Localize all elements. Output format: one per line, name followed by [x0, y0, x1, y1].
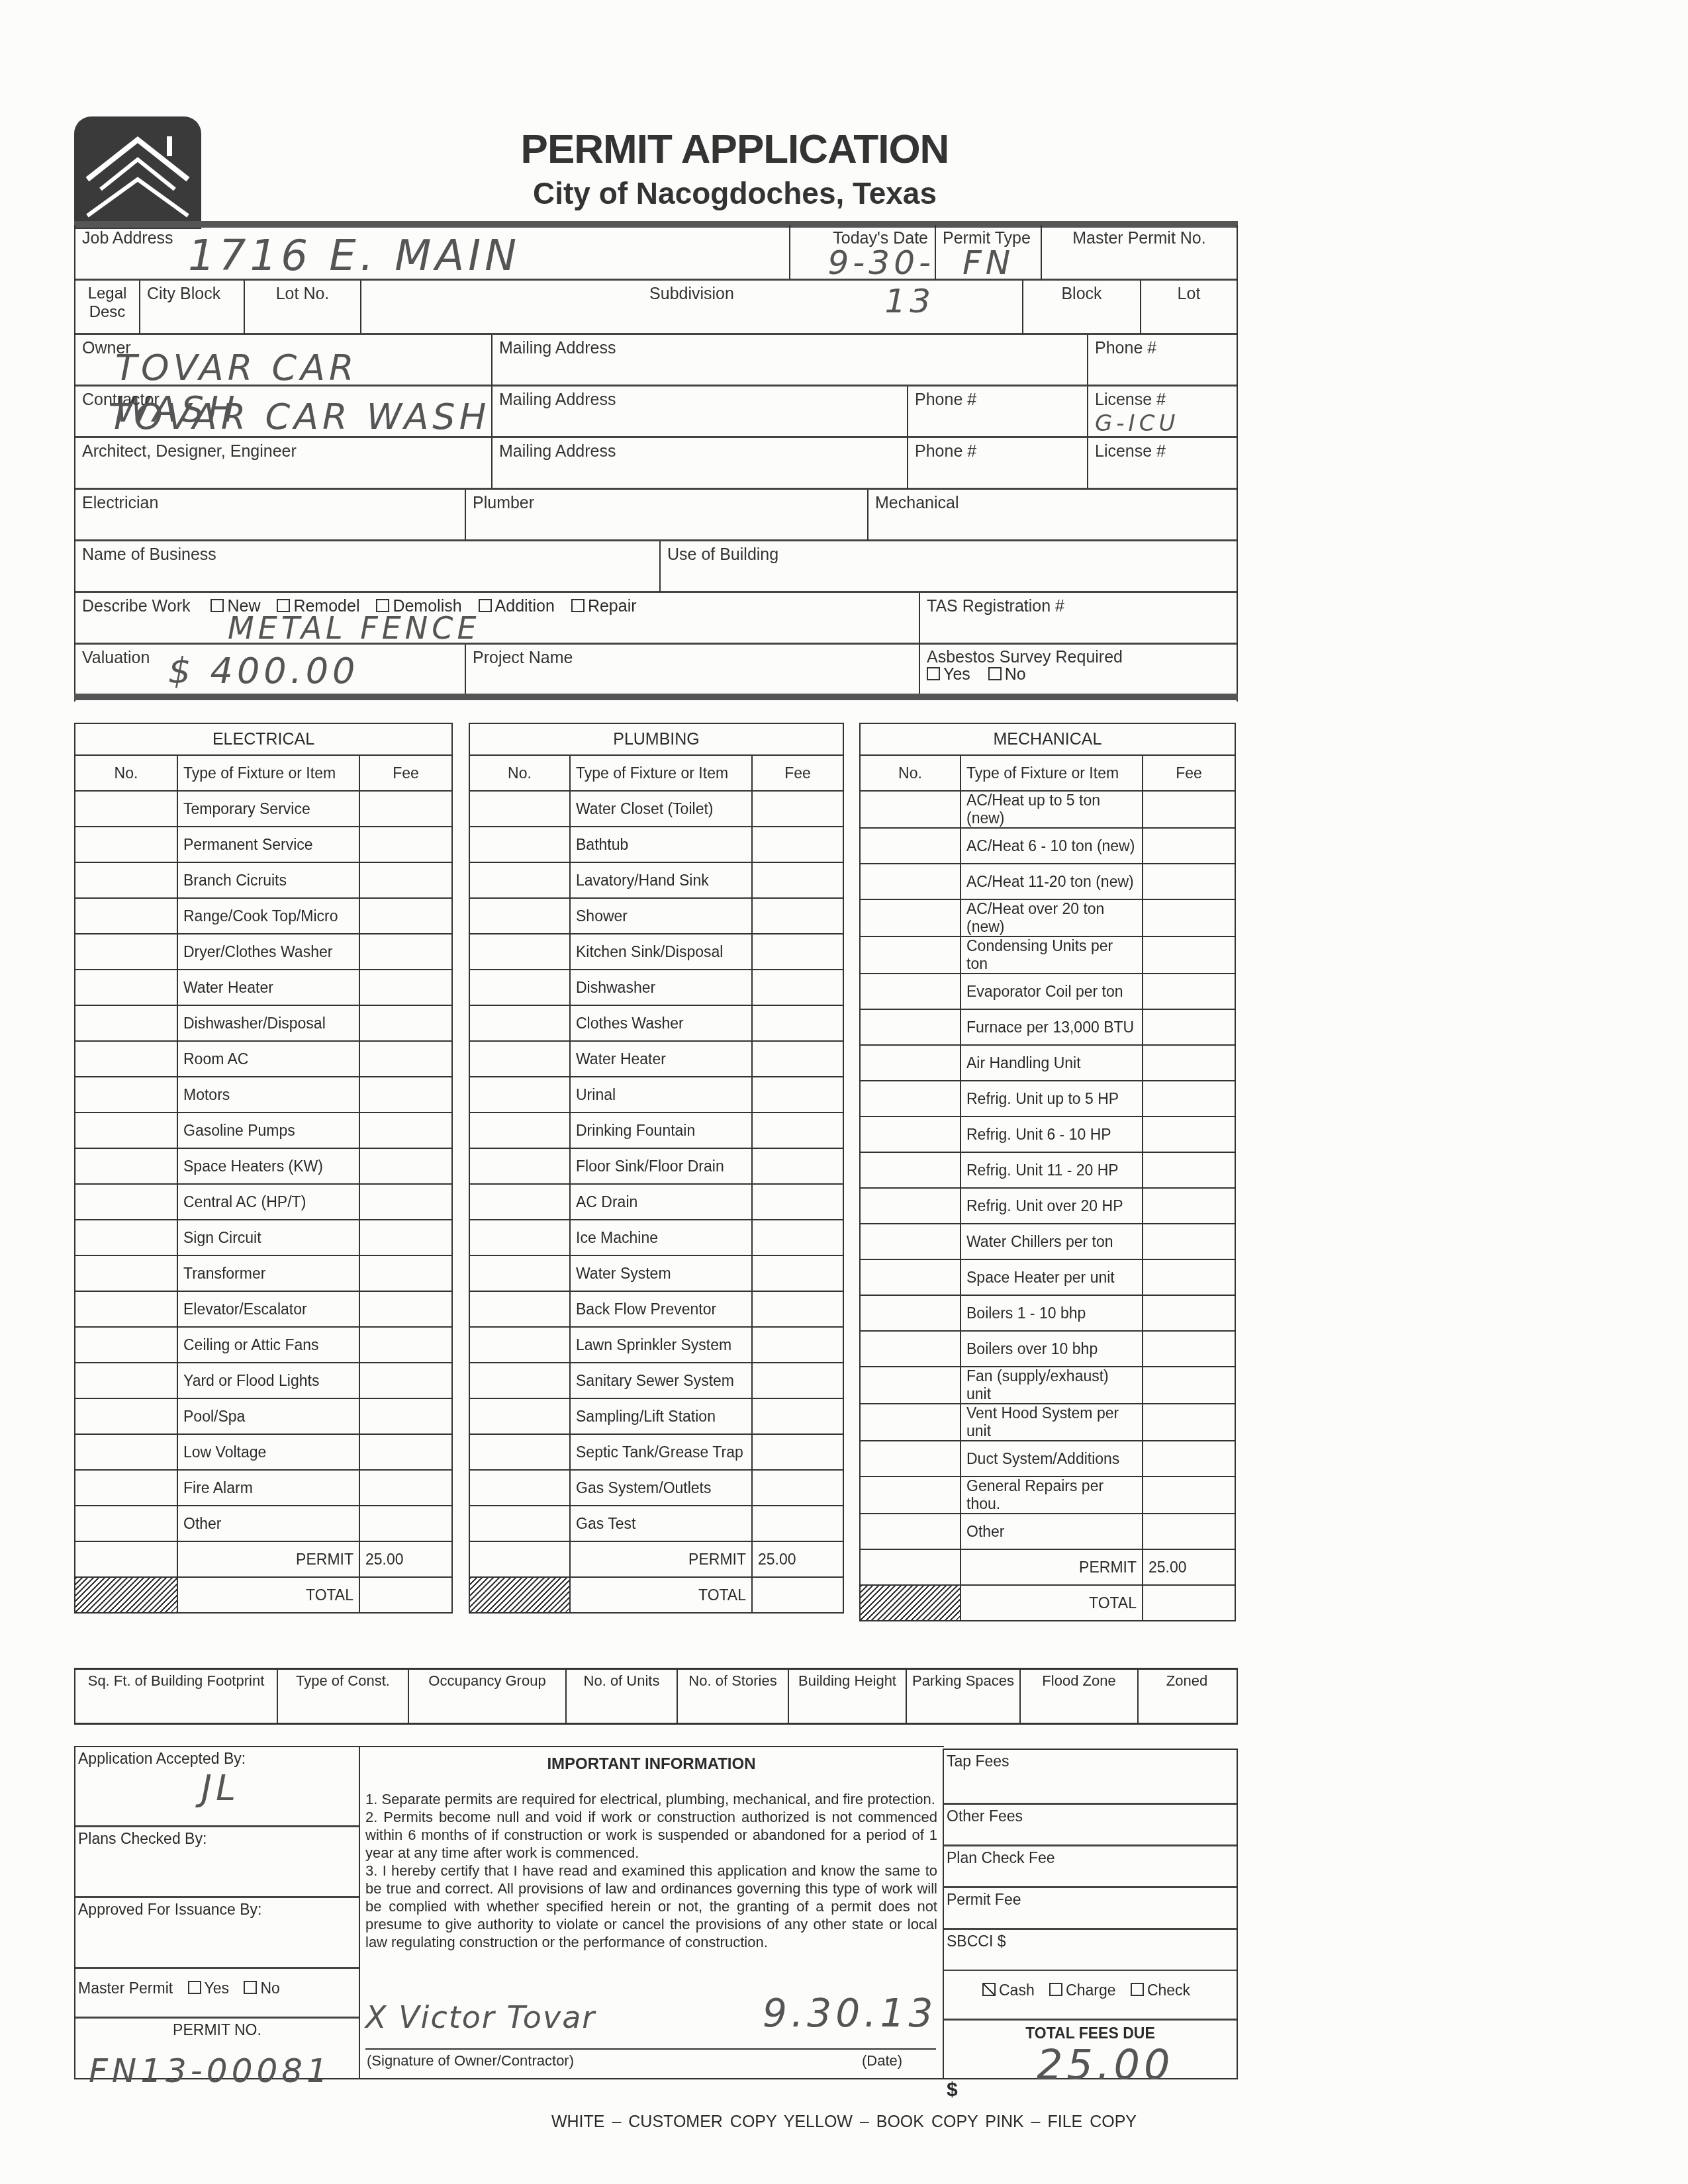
owner-mailing-field[interactable]: Mailing Address	[492, 335, 1088, 387]
quantity-input[interactable]	[860, 1367, 961, 1404]
quantity-input[interactable]	[75, 862, 177, 898]
quantity-input[interactable]	[860, 1224, 961, 1259]
copy-distribution-footer: WHITE – CUSTOMER COPY YELLOW – BOOK COPY…	[0, 2113, 1688, 2132]
quantity-input[interactable]	[469, 1077, 570, 1113]
fee-input[interactable]	[752, 934, 843, 970]
fixture-item-label: Refrig. Unit up to 5 HP	[961, 1081, 1143, 1116]
fee-input[interactable]	[1143, 1514, 1235, 1549]
fixture-item-label: Gas System/Outlets	[570, 1470, 752, 1506]
fixture-item-label: Boilers 1 - 10 bhp	[961, 1295, 1143, 1331]
fixture-item-label: Shower	[570, 898, 752, 934]
fee-input[interactable]	[752, 1184, 843, 1220]
checkbox-repair[interactable]: Repair	[571, 597, 637, 615]
fixture-item-label: Vent Hood System per unit	[961, 1404, 1143, 1441]
building-info-field[interactable]: Sq. Ft. of Building Footprint	[75, 1670, 278, 1723]
architect-mailing-field[interactable]: Mailing Address	[492, 438, 908, 490]
quantity-input[interactable]	[75, 1113, 177, 1148]
fee-input[interactable]	[359, 1506, 452, 1541]
fee-input[interactable]	[359, 1005, 452, 1041]
quantity-input[interactable]	[860, 1331, 961, 1367]
table-row: Back Flow Preventor	[469, 1291, 843, 1327]
permit-no-label: PERMIT NO.	[173, 2021, 261, 2038]
quantity-input[interactable]	[469, 862, 570, 898]
quantity-input[interactable]	[860, 1045, 961, 1081]
quantity-input[interactable]	[860, 791, 961, 828]
lot-field[interactable]: Lot	[1141, 281, 1237, 335]
table-row: Temporary Service	[75, 791, 452, 827]
quantity-input[interactable]	[75, 1506, 177, 1541]
quantity-input[interactable]	[860, 828, 961, 864]
permit-fee-label: Permit Fee	[947, 1891, 1021, 1908]
permit-row: PERMIT25.00	[469, 1541, 843, 1577]
quantity-input[interactable]	[469, 1327, 570, 1363]
fee-input[interactable]	[752, 1434, 843, 1470]
info-item-1: 1. Separate permits are required for ele…	[365, 1790, 937, 1808]
quantity-input[interactable]	[469, 1506, 570, 1541]
quantity-input[interactable]	[860, 936, 961, 974]
table-row: Floor Sink/Floor Drain	[469, 1148, 843, 1184]
fee-input[interactable]	[1143, 1404, 1235, 1441]
quantity-input[interactable]	[75, 1470, 177, 1506]
info-item-2: 2. Permits become null and void if work …	[365, 1808, 937, 1862]
fee-input[interactable]	[752, 1220, 843, 1255]
table-row: Boilers over 10 bhp	[860, 1331, 1235, 1367]
quantity-input[interactable]	[469, 1005, 570, 1041]
quantity-input[interactable]	[75, 1398, 177, 1434]
quantity-input[interactable]	[469, 1184, 570, 1220]
fixture-item-label: Bathtub	[570, 827, 752, 862]
col-item-header: Type of Fixture or Item	[570, 755, 752, 791]
master-permit-label: Master Permit	[78, 1979, 173, 1997]
table-row: Pool/Spa	[75, 1398, 452, 1434]
quantity-input[interactable]	[75, 1434, 177, 1470]
fee-input[interactable]	[1143, 1441, 1235, 1477]
project-name-label: Project Name	[473, 649, 573, 667]
contractor-license-label: License #	[1095, 390, 1166, 409]
payment-cash-checkbox[interactable]: Cash	[982, 1981, 1035, 1999]
contractor-license-field[interactable]: License # G-ICU	[1088, 387, 1237, 438]
fixture-item-label: Refrig. Unit over 20 HP	[961, 1188, 1143, 1224]
info-item-3: 3. I hereby certify that I have read and…	[365, 1862, 937, 1951]
asbestos-yes-checkbox[interactable]: Yes	[927, 665, 970, 684]
fee-input[interactable]	[359, 1255, 452, 1291]
table-row: Other	[75, 1506, 452, 1541]
quantity-input[interactable]	[75, 898, 177, 934]
fee-input[interactable]	[1143, 791, 1235, 828]
fee-input[interactable]	[359, 1077, 452, 1113]
permit-fee-field[interactable]: Permit Fee	[944, 1888, 1237, 1930]
fee-input[interactable]	[1143, 828, 1235, 864]
fee-input[interactable]	[1143, 864, 1235, 899]
sbcci-label: SBCCI $	[947, 1933, 1006, 1950]
fixture-item-label: Space Heaters (KW)	[177, 1148, 359, 1184]
fee-input[interactable]	[359, 1363, 452, 1398]
fee-input[interactable]	[752, 1005, 843, 1041]
plumber-field[interactable]: Plumber	[466, 490, 868, 541]
fee-input[interactable]	[1143, 1367, 1235, 1404]
table-row: Furnace per 13,000 BTU	[860, 1009, 1235, 1045]
fee-input[interactable]	[752, 1291, 843, 1327]
fee-input[interactable]	[752, 1148, 843, 1184]
quantity-input[interactable]	[860, 1152, 961, 1188]
contractor-field[interactable]: Contractor TOVAR CAR WASH	[75, 387, 492, 438]
fee-input[interactable]	[752, 1470, 843, 1506]
business-name-field[interactable]: Name of Business	[75, 541, 661, 593]
signature-date-value: 9.30.13	[763, 2005, 937, 2023]
table-header-row: No.Type of Fixture or ItemFee	[469, 755, 843, 791]
table-row: Duct System/Additions	[860, 1441, 1235, 1477]
fee-input[interactable]	[359, 1434, 452, 1470]
building-info-field[interactable]: No. of Units	[567, 1670, 678, 1723]
quantity-input[interactable]	[469, 1255, 570, 1291]
permit-type-value: FN	[962, 244, 1014, 282]
quantity-input[interactable]	[75, 1327, 177, 1363]
permit-type-field[interactable]: Permit Type FN	[936, 225, 1042, 281]
master-permit-field: Master Permit Yes No	[75, 1969, 359, 2019]
permit-label: PERMIT	[961, 1549, 1143, 1585]
quantity-input[interactable]	[860, 1404, 961, 1441]
table-row: Low Voltage	[75, 1434, 452, 1470]
signature-value: X Victor Tovar	[365, 2009, 596, 2026]
fixture-item-label: AC/Heat 6 - 10 ton (new)	[961, 828, 1143, 864]
table-row: Sanitary Sewer System	[469, 1363, 843, 1398]
quantity-input[interactable]	[75, 1041, 177, 1077]
quantity-input[interactable]	[860, 1116, 961, 1152]
describe-work-field[interactable]: Describe Work New Remodel Demolish Addit…	[75, 593, 920, 645]
fee-input[interactable]	[752, 970, 843, 1005]
table-row: Ceiling or Attic Fans	[75, 1327, 452, 1363]
quantity-input[interactable]	[469, 1398, 570, 1434]
permit-no-value: FN13-00081	[89, 2052, 332, 2090]
quantity-input[interactable]	[860, 899, 961, 936]
table-row: Water System	[469, 1255, 843, 1291]
payment-check-checkbox[interactable]: Check	[1131, 1981, 1190, 1999]
mechanical-table: MECHANICALNo.Type of Fixture or ItemFeeA…	[859, 723, 1236, 1621]
table-row: Water Chillers per ton	[860, 1224, 1235, 1259]
owner-field[interactable]: Owner TOVAR CAR WASH	[75, 335, 492, 387]
fixture-item-label: Refrig. Unit 6 - 10 HP	[961, 1116, 1143, 1152]
table-title: PLUMBING	[469, 723, 843, 755]
subdivision-field[interactable]: Subdivision	[361, 281, 1023, 335]
quantity-input[interactable]	[860, 1295, 961, 1331]
fee-input[interactable]	[359, 1041, 452, 1077]
fixture-item-label: Central AC (HP/T)	[177, 1184, 359, 1220]
quantity-input[interactable]	[75, 791, 177, 827]
fee-input[interactable]	[359, 1113, 452, 1148]
quantity-input[interactable]	[469, 1148, 570, 1184]
building-info-row: Sq. Ft. of Building FootprintType of Con…	[74, 1668, 1238, 1725]
quantity-input[interactable]	[75, 827, 177, 862]
quantity-input[interactable]	[75, 1220, 177, 1255]
fee-input[interactable]	[752, 1041, 843, 1077]
table-row: Bathtub	[469, 827, 843, 862]
fixture-item-label: Condensing Units per ton	[961, 936, 1143, 974]
total-row: TOTAL	[469, 1577, 843, 1613]
quantity-input[interactable]	[860, 1514, 961, 1549]
fixture-item-label: Water System	[570, 1255, 752, 1291]
fee-input[interactable]	[359, 1184, 452, 1220]
table-row: Water Heater	[469, 1041, 843, 1077]
total-label: TOTAL	[570, 1577, 752, 1613]
quantity-input[interactable]	[860, 1009, 961, 1045]
table-title-row: MECHANICAL	[860, 723, 1235, 755]
plans-checked-by-label: Plans Checked By:	[78, 1830, 207, 1847]
fixture-item-label: Dryer/Clothes Washer	[177, 934, 359, 970]
other-fees-field[interactable]: Other Fees	[944, 1805, 1237, 1846]
plan-check-fee-field[interactable]: Plan Check Fee	[944, 1846, 1237, 1888]
quantity-input[interactable]	[860, 1477, 961, 1514]
fee-input[interactable]	[359, 1220, 452, 1255]
table-row: AC Drain	[469, 1184, 843, 1220]
quantity-input[interactable]	[469, 1470, 570, 1506]
fixture-item-label: Elevator/Escalator	[177, 1291, 359, 1327]
quantity-input[interactable]	[75, 1184, 177, 1220]
city-block-field[interactable]: City Block	[140, 281, 245, 335]
job-address-label: Job Address	[82, 229, 173, 248]
page-subtitle: City of Nacogdoches, Texas	[371, 175, 1099, 211]
table-row: AC/Heat up to 5 ton (new)	[860, 791, 1235, 828]
fee-input[interactable]	[1143, 1116, 1235, 1152]
fee-input[interactable]	[1143, 974, 1235, 1009]
master-permit-no-field[interactable]: Master Permit No.	[1042, 225, 1237, 281]
sbcci-field[interactable]: SBCCI $	[944, 1930, 1237, 1971]
fee-input[interactable]	[752, 1255, 843, 1291]
fee-input[interactable]	[359, 827, 452, 862]
fixture-item-label: Other	[961, 1514, 1143, 1549]
quantity-input[interactable]	[75, 1077, 177, 1113]
permit-no-field[interactable]: PERMIT NO. FN13-00081	[75, 2019, 359, 2042]
table-row: Dishwasher/Disposal	[75, 1005, 452, 1041]
fee-input[interactable]	[752, 898, 843, 934]
building-info-field[interactable]: No. of Stories	[678, 1670, 789, 1723]
quantity-input[interactable]	[469, 1434, 570, 1470]
quantity-input[interactable]	[469, 1363, 570, 1398]
architect-field[interactable]: Architect, Designer, Engineer	[75, 438, 492, 490]
tap-fees-field[interactable]: Tap Fees	[944, 1750, 1237, 1805]
fee-input[interactable]	[359, 898, 452, 934]
accepted-by-value: JL	[201, 1767, 240, 1809]
quantity-input[interactable]	[860, 1081, 961, 1116]
quantity-input[interactable]	[469, 934, 570, 970]
quantity-input[interactable]	[469, 1220, 570, 1255]
fee-input[interactable]	[1143, 1295, 1235, 1331]
contractor-mailing-label: Mailing Address	[499, 390, 616, 409]
total-label: TOTAL	[177, 1577, 359, 1613]
building-info-field[interactable]: Building Height	[789, 1670, 907, 1723]
total-value[interactable]	[752, 1577, 843, 1613]
plan-check-fee-label: Plan Check Fee	[947, 1849, 1055, 1866]
quantity-input[interactable]	[75, 970, 177, 1005]
fixture-item-label: Fire Alarm	[177, 1470, 359, 1506]
table-header-row: No.Type of Fixture or ItemFee	[860, 755, 1235, 791]
fixture-item-label: Ice Machine	[570, 1220, 752, 1255]
quantity-input[interactable]	[860, 1188, 961, 1224]
fee-input[interactable]	[1143, 1081, 1235, 1116]
fee-input[interactable]	[359, 1327, 452, 1363]
table-row: Motors	[75, 1077, 452, 1113]
table-row: Lawn Sprinkler System	[469, 1327, 843, 1363]
quantity-input[interactable]	[469, 898, 570, 934]
fixture-item-label: Dishwasher	[570, 970, 752, 1005]
fee-input[interactable]	[1143, 1331, 1235, 1367]
fee-input[interactable]	[359, 970, 452, 1005]
fee-input[interactable]	[752, 1363, 843, 1398]
quantity-input[interactable]	[860, 1259, 961, 1295]
permit-label: PERMIT	[570, 1541, 752, 1577]
building-info-field[interactable]: Flood Zone	[1021, 1670, 1139, 1723]
owner-phone-label: Phone #	[1095, 339, 1156, 357]
approved-by-field[interactable]: Approved For Issuance By:	[75, 1898, 359, 1969]
contractor-mailing-field[interactable]: Mailing Address	[492, 387, 908, 438]
quantity-input[interactable]	[75, 1363, 177, 1398]
quantity-input[interactable]	[75, 1291, 177, 1327]
contractor-phone-field[interactable]: Phone #	[908, 387, 1088, 438]
mechanical-label: Mechanical	[875, 494, 959, 512]
form-divider	[74, 694, 1238, 700]
table-row: AC/Heat 11-20 ton (new)	[860, 864, 1235, 899]
owner-phone-field[interactable]: Phone #	[1088, 335, 1237, 387]
accepted-by-field[interactable]: Application Accepted By: JL	[75, 1747, 359, 1827]
fee-input[interactable]	[752, 1398, 843, 1434]
fee-input[interactable]	[1143, 899, 1235, 936]
table-row: Refrig. Unit 11 - 20 HP	[860, 1152, 1235, 1188]
quantity-input[interactable]	[469, 827, 570, 862]
table-row: Kitchen Sink/Disposal	[469, 934, 843, 970]
table-row: Refrig. Unit up to 5 HP	[860, 1081, 1235, 1116]
fixture-item-label: Sampling/Lift Station	[570, 1398, 752, 1434]
architect-phone-field[interactable]: Phone #	[908, 438, 1088, 490]
currency-symbol: $	[947, 2079, 958, 2101]
quantity-input[interactable]	[75, 1148, 177, 1184]
plumber-label: Plumber	[473, 494, 534, 512]
quantity-input[interactable]	[469, 1113, 570, 1148]
building-info-label: Type of Const.	[296, 1672, 390, 1689]
blank-cell	[860, 1549, 961, 1585]
fixture-item-label: Water Chillers per ton	[961, 1224, 1143, 1259]
business-name-label: Name of Business	[82, 545, 216, 564]
quantity-input[interactable]	[469, 791, 570, 827]
fee-input[interactable]	[1143, 1009, 1235, 1045]
fixture-item-label: Permanent Service	[177, 827, 359, 862]
fee-input[interactable]	[359, 791, 452, 827]
quantity-input[interactable]	[75, 1005, 177, 1041]
fee-input[interactable]	[1143, 1259, 1235, 1295]
page-title: PERMIT APPLICATION	[371, 126, 1099, 173]
table-row: Condensing Units per ton	[860, 936, 1235, 974]
fixture-item-label: Refrig. Unit 11 - 20 HP	[961, 1152, 1143, 1188]
total-fees-due-field[interactable]: TOTAL FEES DUE $ 25.00	[944, 2021, 1237, 2104]
fixture-item-label: Temporary Service	[177, 791, 359, 827]
total-label: TOTAL	[961, 1585, 1143, 1621]
fee-input[interactable]	[1143, 936, 1235, 974]
building-info-field[interactable]: Zoned	[1139, 1670, 1235, 1723]
contractor-phone-label: Phone #	[915, 390, 976, 409]
master-permit-yes-checkbox[interactable]: Yes	[188, 1979, 230, 1997]
mechanical-field[interactable]: Mechanical	[868, 490, 1237, 541]
payment-method: Cash Charge Check	[944, 1971, 1237, 2021]
fee-input[interactable]	[1143, 1188, 1235, 1224]
total-fees-due-label: TOTAL FEES DUE	[1025, 2025, 1155, 2042]
block-field[interactable]: Block	[1023, 281, 1141, 335]
fee-input[interactable]	[359, 862, 452, 898]
job-address-field[interactable]: Job Address 1716 E. MAIN	[75, 225, 790, 281]
fee-input[interactable]	[752, 1113, 843, 1148]
todays-date-field[interactable]: Today's Date 9-30-13	[790, 225, 936, 281]
fee-input[interactable]	[1143, 1224, 1235, 1259]
fee-input[interactable]	[752, 791, 843, 827]
fee-input[interactable]	[752, 1327, 843, 1363]
lot-no-field[interactable]: Lot No.	[245, 281, 361, 335]
table-row: Evaporator Coil per ton	[860, 974, 1235, 1009]
quantity-input[interactable]	[860, 864, 961, 899]
tap-fees-label: Tap Fees	[947, 1752, 1009, 1770]
fee-input[interactable]	[359, 1470, 452, 1506]
valuation-label: Valuation	[82, 649, 150, 667]
quantity-input[interactable]	[75, 934, 177, 970]
fixture-item-label: AC/Heat 11-20 ton (new)	[961, 864, 1143, 899]
fee-input[interactable]	[359, 1148, 452, 1184]
fee-input[interactable]	[359, 1291, 452, 1327]
table-title: ELECTRICAL	[75, 723, 452, 755]
fixture-item-label: Range/Cook Top/Micro	[177, 898, 359, 934]
table-row: Gas System/Outlets	[469, 1470, 843, 1506]
quantity-input[interactable]	[469, 1041, 570, 1077]
electrician-field[interactable]: Electrician	[75, 490, 466, 541]
plans-checked-by-field[interactable]: Plans Checked By:	[75, 1827, 359, 1898]
checkbox-addition[interactable]: Addition	[479, 597, 555, 615]
quantity-input[interactable]	[860, 1441, 961, 1477]
table-row: General Repairs per thou.	[860, 1477, 1235, 1514]
fee-input[interactable]	[1143, 1045, 1235, 1081]
fee-input[interactable]	[752, 1506, 843, 1541]
fee-input[interactable]	[752, 862, 843, 898]
table-row: Fan (supply/exhaust) unit	[860, 1367, 1235, 1404]
payment-charge-checkbox[interactable]: Charge	[1049, 1981, 1115, 1999]
asbestos-no-checkbox[interactable]: No	[988, 665, 1026, 684]
building-info-field[interactable]: Type of Const.	[278, 1670, 409, 1723]
fee-input[interactable]	[752, 1077, 843, 1113]
fixture-item-label: Septic Tank/Grease Trap	[570, 1434, 752, 1470]
fee-input[interactable]	[1143, 1477, 1235, 1514]
total-value[interactable]	[1143, 1585, 1235, 1621]
building-info-field[interactable]: Parking Spaces	[907, 1670, 1021, 1723]
table-title: MECHANICAL	[860, 723, 1235, 755]
tas-registration-field[interactable]: TAS Registration #	[920, 593, 1237, 645]
quantity-input[interactable]	[75, 1255, 177, 1291]
table-row: Ice Machine	[469, 1220, 843, 1255]
fee-input[interactable]	[359, 1398, 452, 1434]
fee-input[interactable]	[752, 827, 843, 862]
fee-input[interactable]	[1143, 1152, 1235, 1188]
valuation-field[interactable]: Valuation $ 400.00	[75, 645, 466, 699]
quantity-input[interactable]	[469, 970, 570, 1005]
approved-by-label: Approved For Issuance By:	[78, 1901, 261, 1918]
building-info-field[interactable]: Occupancy Group	[409, 1670, 567, 1723]
fixture-item-label: Fan (supply/exhaust) unit	[961, 1367, 1143, 1404]
fee-input[interactable]	[359, 934, 452, 970]
architect-license-field[interactable]: License #	[1088, 438, 1237, 490]
job-address-value: 1716 E. MAIN	[188, 232, 520, 281]
use-of-building-field[interactable]: Use of Building	[661, 541, 1237, 593]
total-value[interactable]	[359, 1577, 452, 1613]
project-name-field[interactable]: Project Name	[466, 645, 920, 699]
quantity-input[interactable]	[469, 1291, 570, 1327]
quantity-input[interactable]	[860, 974, 961, 1009]
signature-line[interactable]: X Victor Tovar 9.30.13	[365, 2009, 936, 2050]
master-permit-no-checkbox[interactable]: No	[244, 1979, 279, 1997]
house-icon	[74, 116, 201, 229]
table-row: Gas Test	[469, 1506, 843, 1541]
